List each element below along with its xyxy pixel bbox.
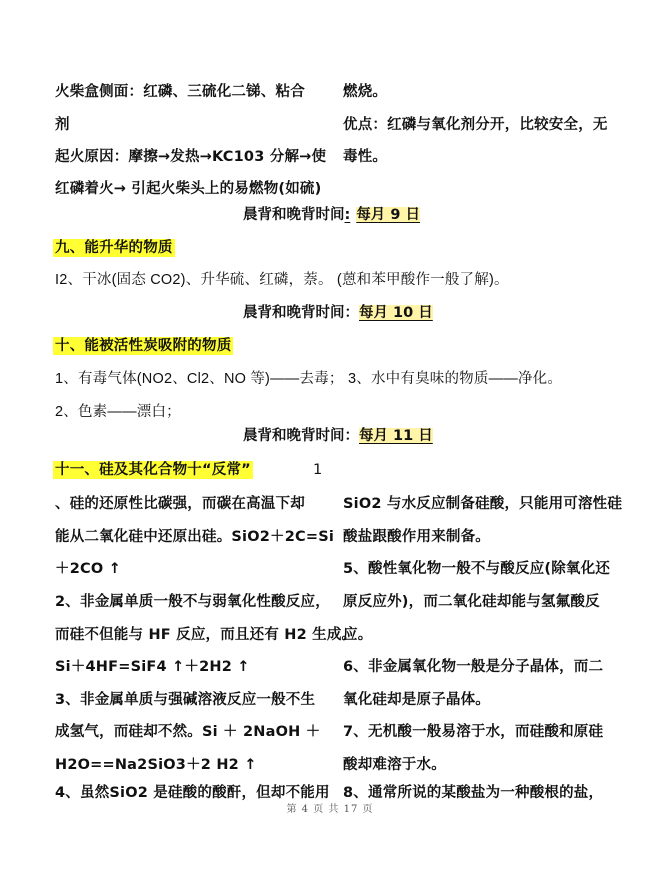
text-line: 应。 bbox=[343, 625, 372, 645]
page-footer: 第 4 页 共 17 页 bbox=[0, 800, 660, 815]
text-line: 毒性。 bbox=[343, 147, 387, 167]
text-line: 火柴盒侧面：红磷、三硫化二锑、粘合 bbox=[55, 82, 305, 102]
schedule-value: 每月 9 日 bbox=[356, 207, 420, 223]
text-line: SiO2 与水反应制备硅酸，只能用可溶性硅 bbox=[343, 494, 622, 514]
text-line: 剂 bbox=[55, 115, 70, 135]
text-line: 氧化硅却是原子晶体。 bbox=[343, 690, 490, 710]
text-line: 原反应外)，而二氧化硅却能与氢氟酸反 bbox=[343, 592, 600, 612]
section-title: 九、能升华的物质 bbox=[55, 238, 175, 258]
document-page: 火柴盒侧面：红磷、三硫化二锑、粘合 剂 起火原因：摩擦→发热→KC103 分解→… bbox=[0, 0, 660, 880]
text-line: 1、有毒气体(NO2、Cl2、NO 等)——去毒； bbox=[55, 369, 344, 389]
schedule-value: 每月 11 日 bbox=[359, 428, 433, 444]
schedule-separator: : bbox=[345, 207, 351, 223]
text-line: 6、非金属氧化物一般是分子晶体，而二 bbox=[343, 657, 603, 677]
schedule-label: 晨背和晚背时间 bbox=[243, 305, 345, 321]
section-title: 十一、硅及其化合物十“反常” bbox=[55, 460, 253, 480]
section-title: 十、能被活性炭吸附的物质 bbox=[55, 336, 233, 356]
text-line: 酸却难溶于水。 bbox=[343, 755, 446, 775]
text-line: 酸盐跟酸作用来制备。 bbox=[343, 527, 490, 547]
schedule-label: 晨背和晚背时间 bbox=[243, 428, 345, 444]
text-line: 2、非金属单质一般不与弱氧化性酸反应， bbox=[55, 592, 330, 612]
schedule-value: 每月 10 日 bbox=[359, 305, 433, 321]
text-line: 2、色素——漂白； bbox=[55, 402, 181, 422]
schedule-label: 晨背和晚背时间 bbox=[243, 207, 345, 223]
text-line: H2O==Na2SiO3＋2 H2 ↑ bbox=[55, 755, 257, 775]
schedule-line-11: 晨背和晚背时间：每月 11 日 bbox=[243, 426, 433, 446]
text-line: I2、干冰(固态 CO2)、升华硫、红磷，萘。 (蒽和苯甲酸作一般了解)。 bbox=[55, 270, 509, 290]
text-line: 5、酸性氧化物一般不与酸反应(除氧化还 bbox=[343, 559, 610, 579]
schedule-separator: ： bbox=[345, 305, 360, 321]
text-line: 而硅不但能与 HF 反应，而且还有 H2 生成。 bbox=[55, 625, 356, 645]
text-line: 能从二氧化硅中还原出硅。SiO2＋2C=Si bbox=[55, 527, 334, 547]
schedule-line-9: 晨背和晚背时间:每月 9 日 bbox=[243, 205, 420, 225]
text-line: 7、无机酸一般易溶于水，而硅酸和原硅 bbox=[343, 722, 603, 742]
list-number: 1 bbox=[313, 460, 322, 480]
text-line: 起火原因：摩擦→发热→KC103 分解→使 bbox=[55, 147, 326, 167]
text-line: 燃烧。 bbox=[343, 82, 387, 102]
text-line: 3、非金属单质与强碱溶液反应一般不生 bbox=[55, 690, 315, 710]
text-line: Si＋4HF=SiF4 ↑＋2H2 ↑ bbox=[55, 657, 250, 677]
text-line: 成氢气，而硅却不然。Si ＋ 2NaOH ＋ bbox=[55, 722, 320, 742]
text-line: 、硅的还原性比碳强，而碳在高温下却 bbox=[55, 494, 305, 514]
text-line: 3、水中有臭味的物质——净化。 bbox=[348, 369, 562, 389]
text-line: 优点：红磷与氧化剂分开，比较安全，无 bbox=[343, 115, 608, 135]
schedule-separator: ： bbox=[345, 428, 360, 444]
text-line: 红磷着火→ 引起火柴头上的易燃物(如硫) bbox=[55, 179, 321, 199]
schedule-line-10: 晨背和晚背时间：每月 10 日 bbox=[243, 303, 433, 323]
text-line: ＋2CO ↑ bbox=[55, 559, 121, 579]
